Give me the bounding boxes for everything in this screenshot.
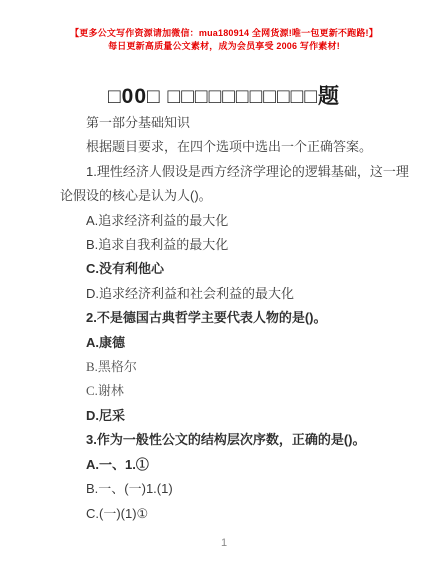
question-1-option-d: D.追求经济利益和社会利益的最大化	[60, 282, 416, 306]
question-1-option-c: C.没有利他心	[60, 257, 416, 281]
exam-title: □00□ □□□□□□□□□□□题	[0, 80, 448, 110]
question-2-stem: 2.不是德国古典哲学主要代表人物的是()。	[60, 306, 416, 330]
section-heading: 第一部分基础知识	[60, 111, 416, 135]
question-1-option-a: A.追求经济利益的最大化	[60, 209, 416, 233]
promo-banner: 【更多公文写作资源请加微信：mua180914 全网货源!唯一包更新不跑路!】 …	[0, 27, 448, 53]
question-2-option-b: B.黑格尔	[60, 355, 416, 379]
question-3-option-b: B.一、(一)1.(1)	[60, 477, 416, 501]
document-page: 【更多公文写作资源请加微信：mua180914 全网货源!唯一包更新不跑路!】 …	[0, 0, 448, 580]
page-number: 1	[0, 537, 448, 549]
promo-line-1: 【更多公文写作资源请加微信：mua180914 全网货源!唯一包更新不跑路!】	[0, 27, 448, 40]
question-1-stem: 1.理性经济人假设是西方经济学理论的逻辑基础，这一理论假设的核心是认为人()。	[60, 160, 416, 209]
question-3-option-a: A.一、1.①	[60, 453, 416, 477]
exam-body: 第一部分基础知识 根据题目要求，在四个选项中选出一个正确答案。 1.理性经济人假…	[60, 111, 416, 526]
question-3-option-c: C.(一)(1)①	[60, 502, 416, 526]
question-2-option-a: A.康德	[60, 331, 416, 355]
question-1-option-b: B.追求自我利益的最大化	[60, 233, 416, 257]
question-2-option-d: D.尼采	[60, 404, 416, 428]
instructions-text: 根据题目要求，在四个选项中选出一个正确答案。	[60, 135, 416, 159]
question-3-stem: 3.作为一般性公文的结构层次序数，正确的是()。	[60, 428, 416, 452]
promo-line-2: 每日更新高质量公文素材，成为会员享受 2006 写作素材!	[0, 40, 448, 53]
question-2-option-c: C.谢林	[60, 379, 416, 403]
